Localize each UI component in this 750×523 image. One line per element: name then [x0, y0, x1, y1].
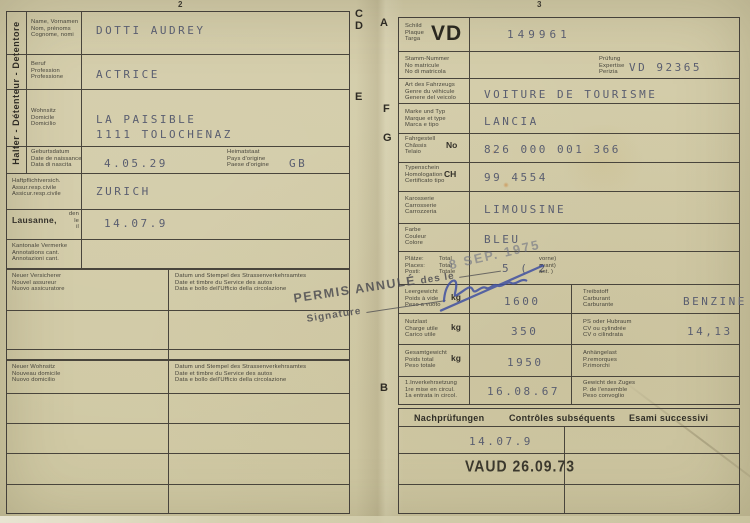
homologation-ch-label: CH — [444, 169, 456, 179]
section-letter-d: D — [355, 20, 363, 32]
grid-line — [399, 51, 739, 52]
new-domicile-label: Neuer Wohnsitz Nouveau domicile Nuovo do… — [12, 364, 60, 384]
grid-line — [469, 18, 470, 404]
section-letter-b: B — [380, 382, 388, 394]
domicile-label: Wohnsitz Domicile Domicilio — [31, 108, 56, 128]
trailer-load-label: Anhängelast P.remorques P.rimorchi — [583, 350, 617, 370]
issue-date-value: 14.07.9 — [104, 216, 168, 231]
kg-unit-label: kg — [451, 353, 461, 363]
chassis-label: Fahrgestell Châssis Telaio — [405, 136, 435, 156]
total-weight-label: Gesamtgewicht Poids total Peso totale — [405, 350, 447, 370]
office-stamp-label: Datum und Stempel des Strassenverkehrsam… — [175, 364, 306, 384]
section-letter-f: F — [383, 103, 390, 115]
new-insurer-label: Neuer Versicherer Nouvel assureur Nuovo … — [12, 273, 65, 293]
vehicle-registration-document: 2 3 C D E A F G B Halter - Détenteur - D… — [0, 0, 750, 523]
power-value: 14,13 — [687, 324, 733, 339]
section-letter-c: C — [355, 8, 363, 20]
grid-line — [399, 133, 739, 134]
grid-line — [399, 453, 739, 454]
grid-line — [7, 359, 349, 361]
make-value: LANCIA — [484, 114, 539, 129]
plate-canton-code: VD — [431, 22, 462, 46]
first-circulation-label: 1.Inverkehrsetzung 1re mise en circul. 1… — [405, 380, 457, 400]
inspection-date-value: 14.07.9 — [469, 434, 533, 449]
expertise-value: VD 92365 — [629, 60, 702, 75]
grid-line — [7, 209, 349, 210]
grid-line — [399, 78, 739, 79]
center-fold-shadow — [356, 0, 404, 523]
grid-line — [399, 223, 739, 224]
fuel-value: BENZINE — [683, 294, 747, 309]
issue-den-label: den le il — [57, 211, 79, 231]
grid-line — [7, 146, 349, 147]
homologation-value: 99 4554 — [484, 170, 548, 185]
power-label: PS oder Hubraum CV ou cylindrée CV o cil… — [583, 319, 632, 339]
cantonal-notes-label: Kantonale Vermerke Annotations cant. Ann… — [12, 243, 67, 263]
first-circulation-value: 16.08.67 — [487, 384, 560, 399]
vaud-control-stamp: VAUD 26.09.73 — [465, 457, 575, 475]
grid-line — [168, 268, 169, 513]
signature-text: Signature — [306, 306, 362, 325]
grid-line — [399, 191, 739, 192]
grid-line — [399, 376, 739, 377]
inspections-header-de: Nachprüfungen — [414, 413, 484, 423]
domicile-value: LA PAISIBLE 1111 TOLOCHENAZ — [96, 112, 233, 142]
kg-unit-label: kg — [451, 322, 461, 332]
holder-strip-label: Halter - Détenteur - Detentore — [11, 14, 22, 172]
office-stamp-label: Datum und Stempel des Strassenverkehrsam… — [175, 273, 306, 293]
grid-line — [399, 484, 739, 485]
grid-line — [26, 12, 27, 173]
color-label: Farbe Couleur Colore — [405, 227, 426, 247]
profession-value: ACTRICE — [96, 67, 160, 82]
chassis-value: 826 000 001 366 — [484, 142, 621, 157]
origin-value: GB — [289, 156, 307, 171]
birthdate-label: Geburtsdatum Date de naissance Data di n… — [31, 149, 82, 169]
vehicle-type-label: Art des Fahrzeugs Genre du véhicule Gene… — [405, 82, 456, 102]
grid-line — [7, 423, 349, 424]
plate-number-value: 149961 — [507, 27, 571, 42]
expertise-label: Prüfung Expertise Perizia — [599, 56, 625, 76]
grid-line — [7, 393, 349, 394]
fuel-label: Treibstoff Carburant Carburante — [583, 289, 614, 309]
make-label: Marke und Typ Marque et type Marca e tip… — [405, 109, 446, 129]
body-style-label: Karosserie Carrosserie Carrozzeria — [405, 196, 437, 216]
grid-line — [7, 239, 349, 240]
insurance-label: Haftpflichtversich. Assur.resp.civile As… — [12, 178, 61, 198]
serial-number-label: Stamm-Nummer No matricule No di matricol… — [405, 56, 449, 76]
grid-line — [399, 103, 739, 104]
inspections-header-it: Esami successivi — [629, 413, 708, 423]
body-style-value: LIMOUSINE — [484, 202, 566, 217]
plate-label: Schild Plaque Targa — [405, 23, 424, 43]
section-letter-g: G — [383, 132, 392, 144]
page-number-right: 3 — [537, 0, 541, 9]
payload-value: 350 — [511, 324, 538, 339]
holder-table: Halter - Détenteur - Detentore Name, Vor… — [6, 11, 350, 514]
page-number-left: 2 — [178, 0, 182, 9]
train-weight-label: Gewicht des Zuges P. de l'ensemble Peso … — [583, 380, 635, 400]
grid-line — [7, 349, 349, 350]
issue-place-label: Lausanne, — [12, 215, 57, 225]
grid-line — [7, 484, 349, 485]
section-letter-a: A — [380, 17, 388, 29]
payload-label: Nutzlast Charge utile Carico utile — [405, 319, 438, 339]
birthdate-value: 4.05.29 — [104, 156, 168, 171]
paper-bottom-edge — [0, 516, 750, 523]
homologation-label: Typenschein Homologation Certificato tip… — [405, 165, 444, 185]
insurance-value: ZURICH — [96, 184, 151, 199]
origin-label: Heimatstaat Pays d'origine Paese d'origi… — [227, 149, 269, 169]
chassis-no-label: No — [446, 140, 457, 150]
vehicle-type-value: VOITURE DE TOURISME — [484, 87, 657, 102]
grid-line — [81, 12, 82, 268]
name-value: DOTTI AUDREY — [96, 23, 205, 38]
profession-label: Beruf Profession Professione — [31, 61, 63, 81]
grid-line — [399, 251, 739, 252]
name-label: Name, Vornamen Nom, prénoms Cognome, nom… — [31, 19, 78, 39]
grid-line — [399, 162, 739, 163]
grid-line — [7, 89, 349, 90]
grid-line — [7, 54, 349, 55]
section-letter-e: E — [355, 91, 362, 103]
grid-line — [7, 453, 349, 454]
grid-line — [399, 344, 739, 345]
grid-line — [7, 173, 349, 174]
grid-line — [399, 426, 739, 427]
grid-line — [7, 268, 349, 270]
vehicle-table: Schild Plaque Targa VD 149961 Stamm-Numm… — [398, 17, 740, 405]
total-weight-value: 1950 — [507, 355, 544, 370]
inspections-header-fr: Contrôles subséquents — [509, 413, 615, 423]
